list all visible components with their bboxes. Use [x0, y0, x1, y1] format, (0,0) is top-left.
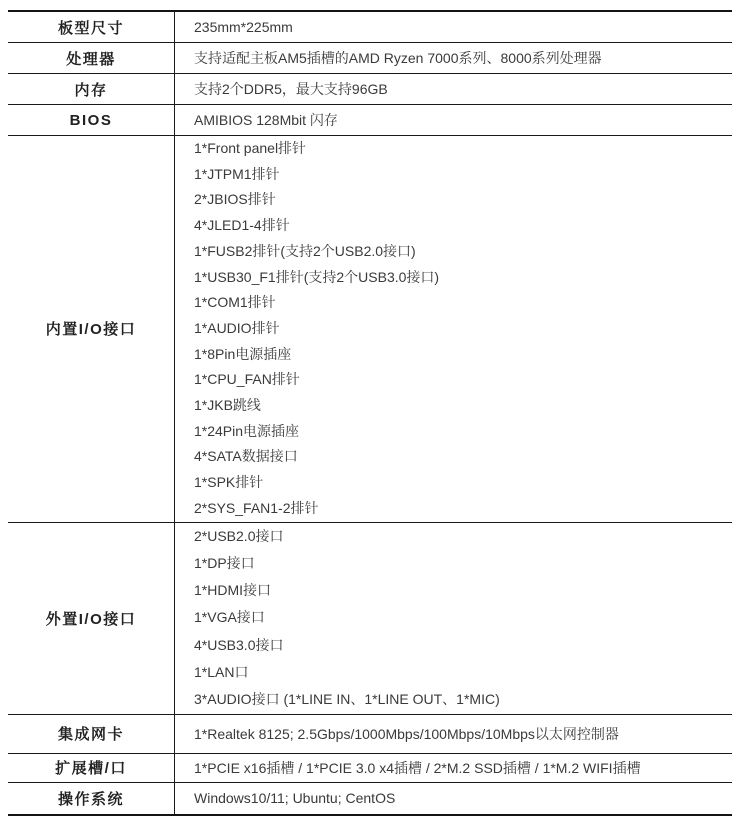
spec-value-line: 1*Realtek 8125; 2.5Gbps/1000Mbps/100Mbps…: [194, 724, 726, 744]
spec-row: 操作系统Windows10/11; Ubuntu; CentOS: [8, 783, 732, 816]
spec-value-line: 1*Front panel排针: [194, 136, 726, 162]
spec-value-line: 2*USB2.0接口: [194, 523, 726, 550]
spec-label: BIOS: [8, 105, 175, 135]
spec-row: 外置I/O接口2*USB2.0接口1*DP接口1*HDMI接口1*VGA接口4*…: [8, 523, 732, 715]
spec-row: 内置I/O接口1*Front panel排针1*JTPM1排针2*JBIOS排针…: [8, 136, 732, 523]
spec-value-line: 4*SATA数据接口: [194, 444, 726, 470]
spec-label: 板型尺寸: [8, 12, 175, 42]
spec-label: 内存: [8, 74, 175, 104]
spec-label: 外置I/O接口: [8, 523, 175, 714]
spec-value-cell: 1*Front panel排针1*JTPM1排针2*JBIOS排针4*JLED1…: [175, 136, 732, 522]
spec-value-line: 1*8Pin电源插座: [194, 342, 726, 368]
spec-value-line: 2*SYS_FAN1-2排针: [194, 496, 726, 522]
spec-label: 操作系统: [8, 783, 175, 814]
spec-label: 处理器: [8, 43, 175, 73]
spec-value-cell: 2*USB2.0接口1*DP接口1*HDMI接口1*VGA接口4*USB3.0接…: [175, 523, 732, 714]
spec-value-line: 1*HDMI接口: [194, 577, 726, 604]
spec-value-line: AMIBIOS 128Mbit 闪存: [194, 110, 726, 130]
spec-value-line: 1*JKB跳线: [194, 393, 726, 419]
spec-value-cell: 支持适配主板AM5插槽的AMD Ryzen 7000系列、8000系列处理器: [175, 43, 732, 73]
spec-value-line: 4*USB3.0接口: [194, 632, 726, 659]
spec-label: 扩展槽/口: [8, 754, 175, 782]
spec-value-line: 235mm*225mm: [194, 19, 726, 35]
spec-row: 集成网卡1*Realtek 8125; 2.5Gbps/1000Mbps/100…: [8, 715, 732, 754]
spec-label: 集成网卡: [8, 715, 175, 753]
spec-sheet-page: 板型尺寸235mm*225mm处理器支持适配主板AM5插槽的AMD Ryzen …: [0, 0, 740, 826]
spec-value-line: 1*SPK排针: [194, 470, 726, 496]
spec-value-cell: 支持2个DDR5，最大支持96GB: [175, 74, 732, 104]
spec-row: 内存支持2个DDR5，最大支持96GB: [8, 74, 732, 105]
spec-value-line: 1*PCIE x16插槽 / 1*PCIE 3.0 x4插槽 / 2*M.2 S…: [194, 758, 726, 778]
spec-value-cell: 1*Realtek 8125; 2.5Gbps/1000Mbps/100Mbps…: [175, 715, 732, 753]
spec-value-line: 2*JBIOS排针: [194, 187, 726, 213]
spec-value-cell: 1*PCIE x16插槽 / 1*PCIE 3.0 x4插槽 / 2*M.2 S…: [175, 754, 732, 782]
spec-value-line: 1*AUDIO排针: [194, 316, 726, 342]
spec-value-line: 1*24Pin电源插座: [194, 419, 726, 445]
spec-value-cell: 235mm*225mm: [175, 12, 732, 42]
spec-value-line: 3*AUDIO接口 (1*LINE IN、1*LINE OUT、1*MIC): [194, 686, 726, 713]
spec-value-line: Windows10/11; Ubuntu; CentOS: [194, 790, 726, 806]
spec-table: 板型尺寸235mm*225mm处理器支持适配主板AM5插槽的AMD Ryzen …: [8, 10, 732, 816]
spec-row: 处理器支持适配主板AM5插槽的AMD Ryzen 7000系列、8000系列处理…: [8, 43, 732, 74]
spec-value-line: 1*FUSB2排针(支持2个USB2.0接口): [194, 239, 726, 265]
spec-value-line: 1*CPU_FAN排针: [194, 367, 726, 393]
spec-value-line: 1*USB30_F1排针(支持2个USB3.0接口): [194, 265, 726, 291]
spec-value-line: 1*LAN口: [194, 659, 726, 686]
spec-row: 扩展槽/口1*PCIE x16插槽 / 1*PCIE 3.0 x4插槽 / 2*…: [8, 754, 732, 783]
spec-value-line: 1*DP接口: [194, 550, 726, 577]
spec-value-line: 1*VGA接口: [194, 604, 726, 631]
spec-value-line: 1*JTPM1排针: [194, 162, 726, 188]
spec-value-cell: AMIBIOS 128Mbit 闪存: [175, 105, 732, 135]
spec-row: BIOSAMIBIOS 128Mbit 闪存: [8, 105, 732, 136]
spec-value-line: 支持2个DDR5，最大支持96GB: [194, 79, 726, 99]
spec-label: 内置I/O接口: [8, 136, 175, 522]
spec-row: 板型尺寸235mm*225mm: [8, 12, 732, 43]
spec-value-line: 支持适配主板AM5插槽的AMD Ryzen 7000系列、8000系列处理器: [194, 48, 726, 68]
spec-value-line: 1*COM1排针: [194, 290, 726, 316]
spec-value-cell: Windows10/11; Ubuntu; CentOS: [175, 783, 732, 814]
spec-value-line: 4*JLED1-4排针: [194, 213, 726, 239]
